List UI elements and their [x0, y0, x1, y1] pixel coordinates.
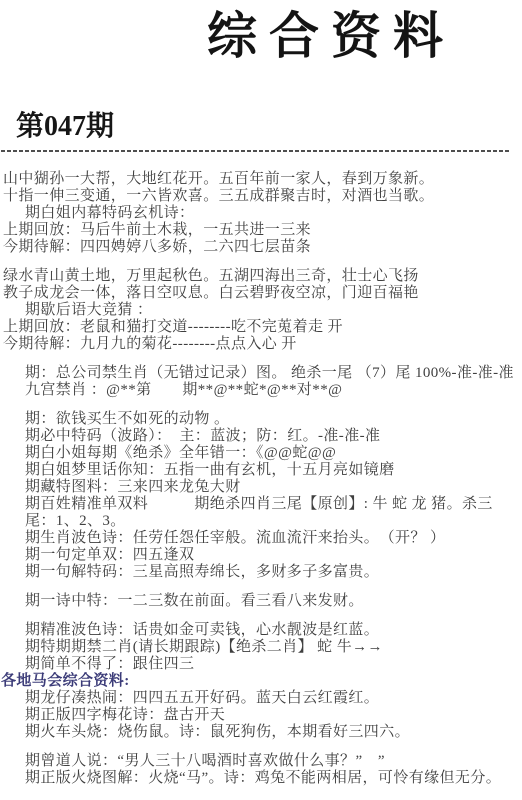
content-area: 山中猢孙一大帮，大地红花开。五百年前一家人，春到万象新。十指一伸三变通，一六皆欢… [0, 171, 522, 787]
text-line: 期正版火烧图解：火烧“马”。诗：鸡兔不能两相居，可怜有缘但无分。 [3, 770, 522, 787]
text-line: 今期待解：四四娉婷八多娇，二六四七层苗条 [3, 239, 522, 256]
text-line: 期龙仔凑热闹：四四五五开好码。蓝天白云红霞红。 [3, 690, 522, 707]
text-line: 期曾道人说：“男人三十八喝酒时喜欢做什么事？” ” [3, 753, 522, 770]
text-line: 教子成龙会一体，落日空叹息。白云碧野夜空凉，门迎百福艳 [3, 285, 522, 302]
text-line: 期百姓精准单双料 期绝杀四肖三尾【原创】: 牛 蛇 龙 猪。杀三尾：1、2、3。 [3, 496, 522, 530]
text-line: 期正版四字梅花诗：盘古开天 [3, 707, 522, 724]
text-line: 期白姐梦里话你知：五指一曲有玄机，十五月亮如镜磨 [3, 462, 522, 479]
text-line: 上期回放：马后牛前土木栽，一五共进一三来 [3, 222, 522, 239]
text-line: 期生肖波色诗：任劳任怨任宰般。流血流汗来抬头。 （开？ ） [3, 530, 522, 547]
text-line: 期一诗中特：一二三数在前面。看三看八来发财。 [3, 593, 522, 610]
text-line: 期必中特码（波路）： 主：蓝波；防：红。-准-准-准 [3, 428, 522, 445]
text-line: 期白姐内幕特码玄机诗： [3, 205, 522, 222]
text-line: 期：总公司禁生肖（无错过记录）图。 绝杀一尾 （7）尾 100%-准-准-准 [3, 365, 522, 382]
text-line: 上期回放：老鼠和猫打交道--------吃不完莵着走 开 [3, 319, 522, 336]
document-page: 综合资料 第047期 山中猢孙一大帮，大地红花开。五百年前一家人，春到万象新。十… [0, 0, 522, 800]
text-line: 期白小姐每期《绝杀》全年错一：《@@蛇@@ [3, 445, 522, 462]
page-title: 综合资料 [0, 0, 522, 64]
text-line: 期简单不得了：跟住四三 [3, 656, 522, 673]
issue-number: 第047期 [16, 111, 522, 143]
text-line: 十指一伸三变通，一六皆欢喜。三五成群聚吉时，对酒也当歌。 [3, 188, 522, 205]
text-line: 期歇后语大竞猜 ： [3, 302, 522, 319]
text-line: 期：欲钱买生不如死的动物 。 [3, 411, 522, 428]
text-line: 期一句解特码：三星高照寿绵长，多财多子多富贵。 [3, 564, 522, 581]
text-line: 期藏特图料：三来四来龙兔大财 [3, 479, 522, 496]
text-line: 今期待解：九月九的菊花--------点点入心 开 [3, 336, 522, 353]
text-line: 期火车头烧：烧伤鼠。诗：鼠死狗伤，本期看好三四六。 [3, 724, 522, 741]
text-line: 绿水青山黄土地，万里起秋色。五湖四海出三奇，壮士心飞扬 [3, 268, 522, 285]
text-line: 九宫禁肖 ：@**第 期**@**蛇*@**对**@ [3, 382, 522, 399]
divider-line [1, 150, 509, 152]
text-line: 山中猢孙一大帮，大地红花开。五百年前一家人，春到万象新。 [3, 171, 522, 188]
text-line: 期特期期禁二肖(请长期跟踪)【绝杀二肖】 蛇 牛→→ [3, 639, 522, 656]
text-line: 各地马会综合资料: [1, 673, 522, 690]
text-line: 期精准波色诗：话贵如金可卖钱，心水靓波是红蓝。 [3, 622, 522, 639]
text-line: 期一句定单双：四五逢双 [3, 547, 522, 564]
